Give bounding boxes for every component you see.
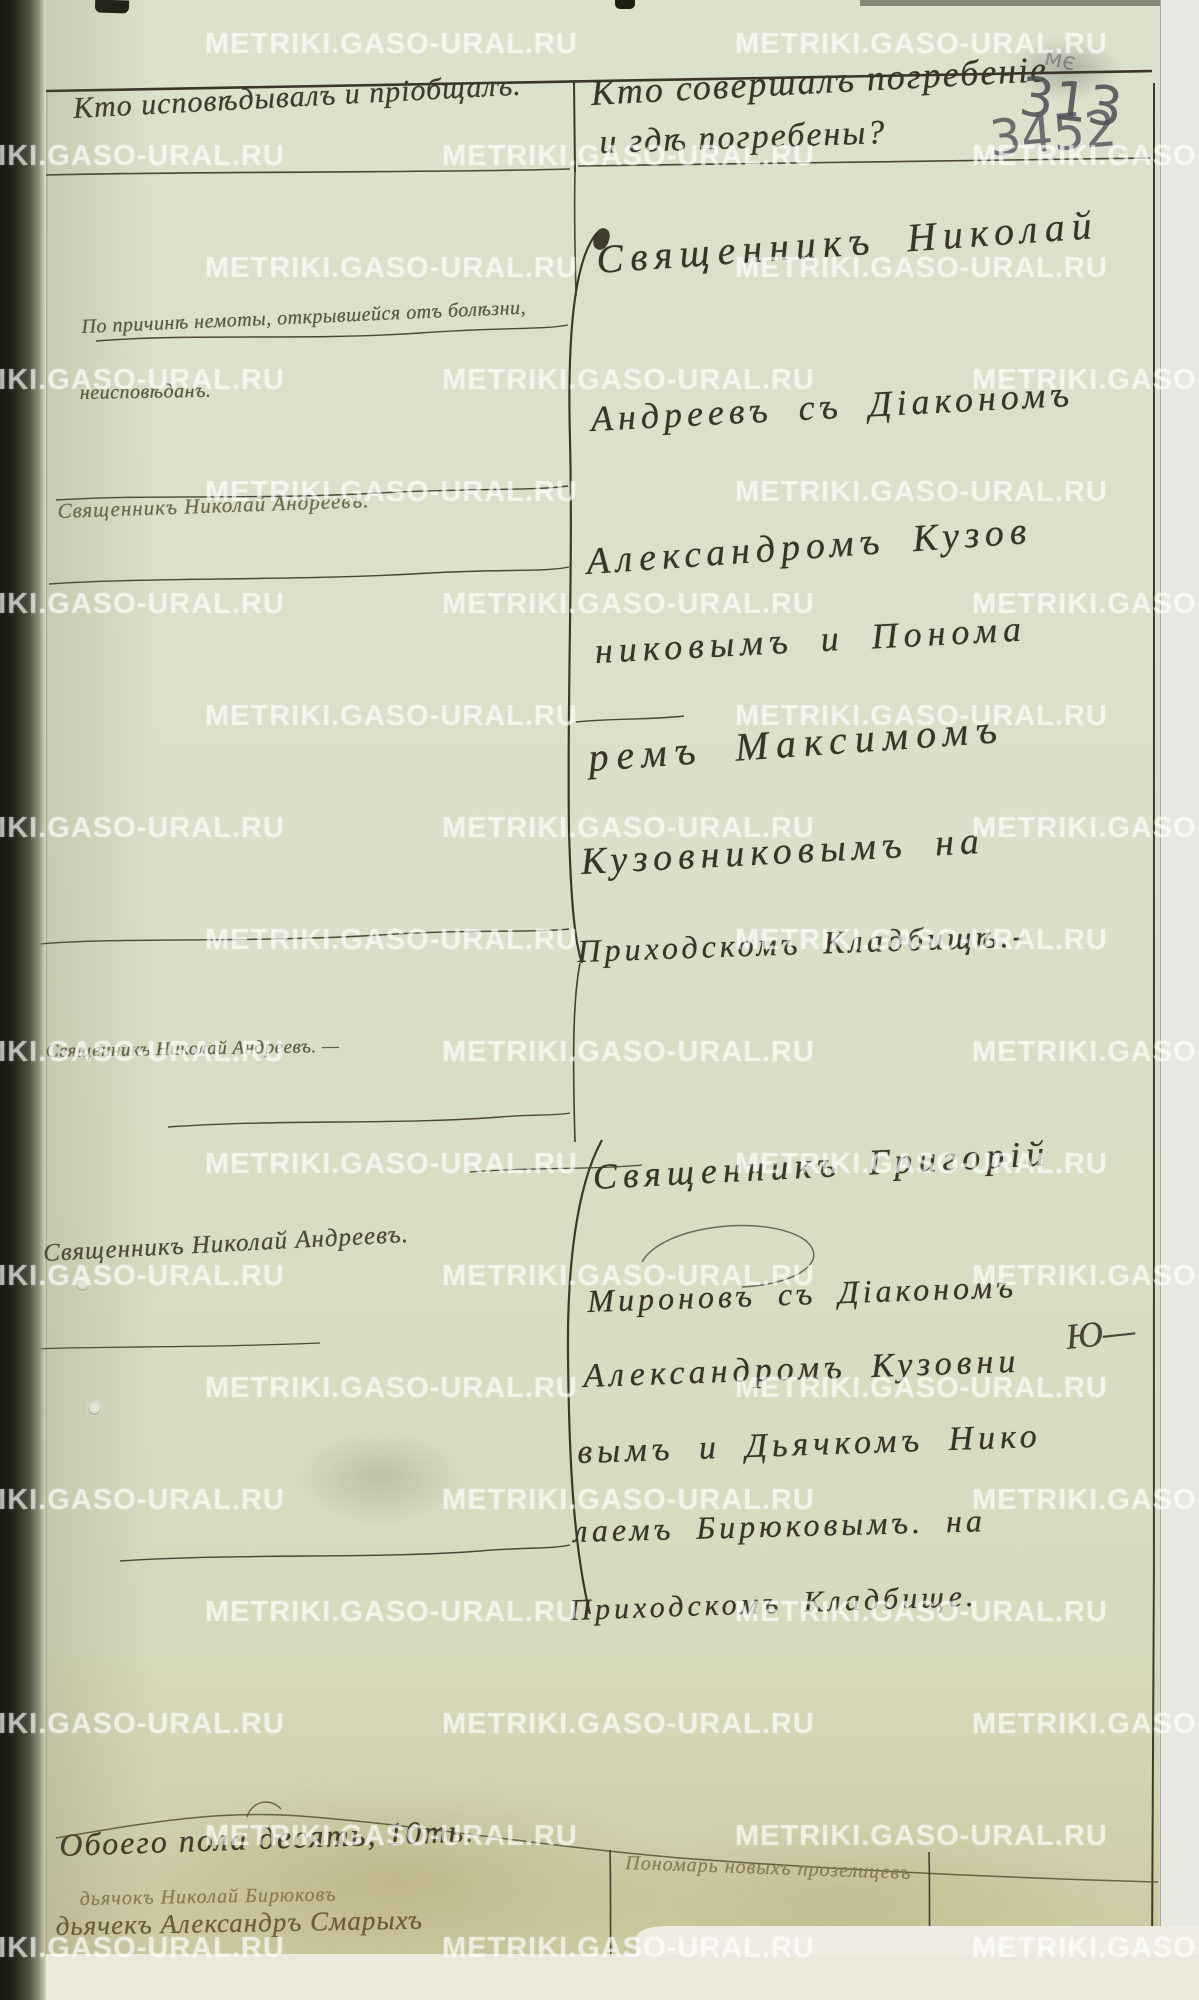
watermark-text: METRIKI.GASO-URAL.RU <box>205 1596 578 1629</box>
burial-entry2-line: Мироновъ съ Діакономъ <box>587 1269 1018 1319</box>
watermark-text: METRIKI.GASO-URAL.RU <box>205 252 578 285</box>
watermark-text: METRIKI.GASO-URAL.RU <box>205 700 578 733</box>
burial-entry2-line: Приходскомъ Кладбище. <box>569 1580 978 1627</box>
burial-entry1-line: никовымъ и Понома <box>594 609 1028 671</box>
watermark-text: METRIKI.GASO-URAL.RU <box>205 924 578 957</box>
burial-entry1-line: Священникъ Николай <box>595 203 1100 282</box>
page-right-edge <box>1160 0 1199 2000</box>
flourish-mark: Ю— <box>1064 1311 1137 1358</box>
watermark-text: METRIKI.GASO-URAL.RU <box>735 476 1108 509</box>
header-right-column-title-line2: и гдѣ погребены? <box>599 114 887 161</box>
book-gutter-edge <box>0 0 46 2000</box>
burial-entry2-line: вымъ и Дьячкомъ Нико <box>577 1418 1043 1472</box>
burial-entry2-line: Священникъ Григорій <box>592 1134 1051 1197</box>
watermark-text: METRIKI.GASO-URAL.RU <box>442 1036 815 1069</box>
page-bottom-edge <box>46 1954 1199 2000</box>
burial-entry2-line: Александромъ Кузовни <box>583 1343 1021 1396</box>
burial-entry1-line: Приходскомъ Кладбищѣ.- <box>577 918 1028 969</box>
burial-entry2-line: лаемъ Бирюковымъ. на <box>573 1503 986 1549</box>
page-edge-mark <box>615 0 635 9</box>
gutter-shadow <box>46 0 156 2000</box>
burial-entry1-line: ремъ Максимомъ <box>587 707 1006 780</box>
watermark-text: METRIKI.GASO-URAL.RU <box>205 28 578 61</box>
burial-entry1-line: Андреевъ съ Діакономъ <box>590 375 1075 440</box>
burial-entry1-line: Александромъ Кузов <box>585 511 1034 584</box>
page-edge-mark <box>860 0 1199 6</box>
header-right-column-title-line1: Кто совершалъ погребеніе <box>590 50 1049 113</box>
watermark-text: METRIKI.GASO-URAL.RU <box>205 1148 578 1181</box>
burial-entry1-line: Кузовниковымъ на <box>580 821 986 884</box>
smudge-mark <box>295 1430 465 1525</box>
page-number-pencil-alt: 3452 <box>987 99 1119 168</box>
metrical-book-scan: Кто исповѣдывалъ и пріобщалъ. Кто соверш… <box>0 0 1199 2000</box>
watermark-text: METRIKI.GASO-URAL.RU <box>205 1372 578 1405</box>
watermark-text: METRIKI.GASO-URAL.RU <box>442 588 815 621</box>
